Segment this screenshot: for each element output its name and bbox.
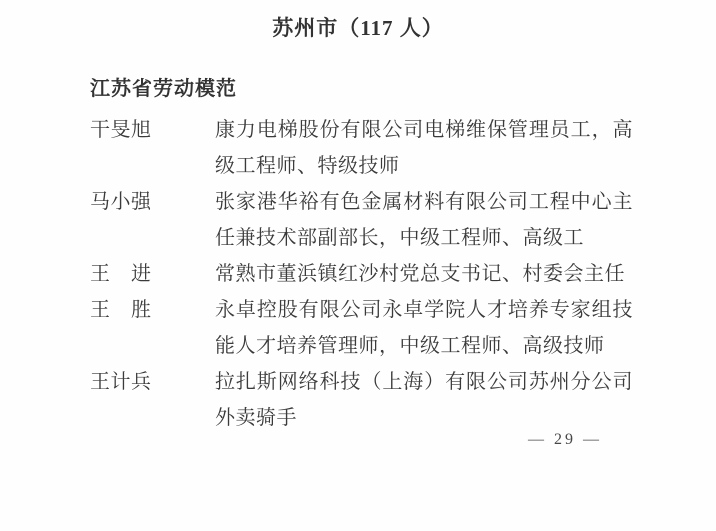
laborer-entry: 王 进 常熟市董浜镇红沙村党总支书记、村委会主任 <box>90 256 716 292</box>
entries-list: 干旻旭 康力电梯股份有限公司电梯维保管理员工，高级工程师、特级技师 马小强 张家… <box>90 112 716 436</box>
laborer-description: 康力电梯股份有限公司电梯维保管理员工，高级工程师、特级技师 <box>215 112 633 184</box>
section-heading: 江苏省劳动模范 <box>90 72 716 101</box>
laborer-name: 王 进 <box>90 256 215 292</box>
document-page: 苏州市（117 人） 江苏省劳动模范 干旻旭 康力电梯股份有限公司电梯维保管理员… <box>0 0 716 531</box>
laborer-description: 常熟市董浜镇红沙村党总支书记、村委会主任 <box>215 256 633 292</box>
laborer-name: 马小强 <box>90 184 215 220</box>
laborer-entry: 王 胜 永卓控股有限公司永卓学院人才培养专家组技能人才培养管理师，中级工程师、高… <box>90 292 716 364</box>
laborer-description: 张家港华裕有色金属材料有限公司工程中心主任兼技术部副部长，中级工程师、高级工 <box>215 184 633 256</box>
laborer-description: 拉扎斯网络科技（上海）有限公司苏州分公司外卖骑手 <box>215 364 633 436</box>
laborer-description: 永卓控股有限公司永卓学院人才培养专家组技能人才培养管理师，中级工程师、高级技师 <box>215 292 633 364</box>
laborer-name: 王计兵 <box>90 364 215 400</box>
page-number: — 29 — <box>528 431 602 449</box>
page-title: 苏州市（117 人） <box>0 0 716 42</box>
laborer-entry: 马小强 张家港华裕有色金属材料有限公司工程中心主任兼技术部副部长，中级工程师、高… <box>90 184 716 256</box>
laborer-name: 王 胜 <box>90 292 215 328</box>
laborer-entry: 干旻旭 康力电梯股份有限公司电梯维保管理员工，高级工程师、特级技师 <box>90 112 716 184</box>
laborer-name: 干旻旭 <box>90 112 215 148</box>
laborer-entry: 王计兵 拉扎斯网络科技（上海）有限公司苏州分公司外卖骑手 <box>90 364 716 436</box>
